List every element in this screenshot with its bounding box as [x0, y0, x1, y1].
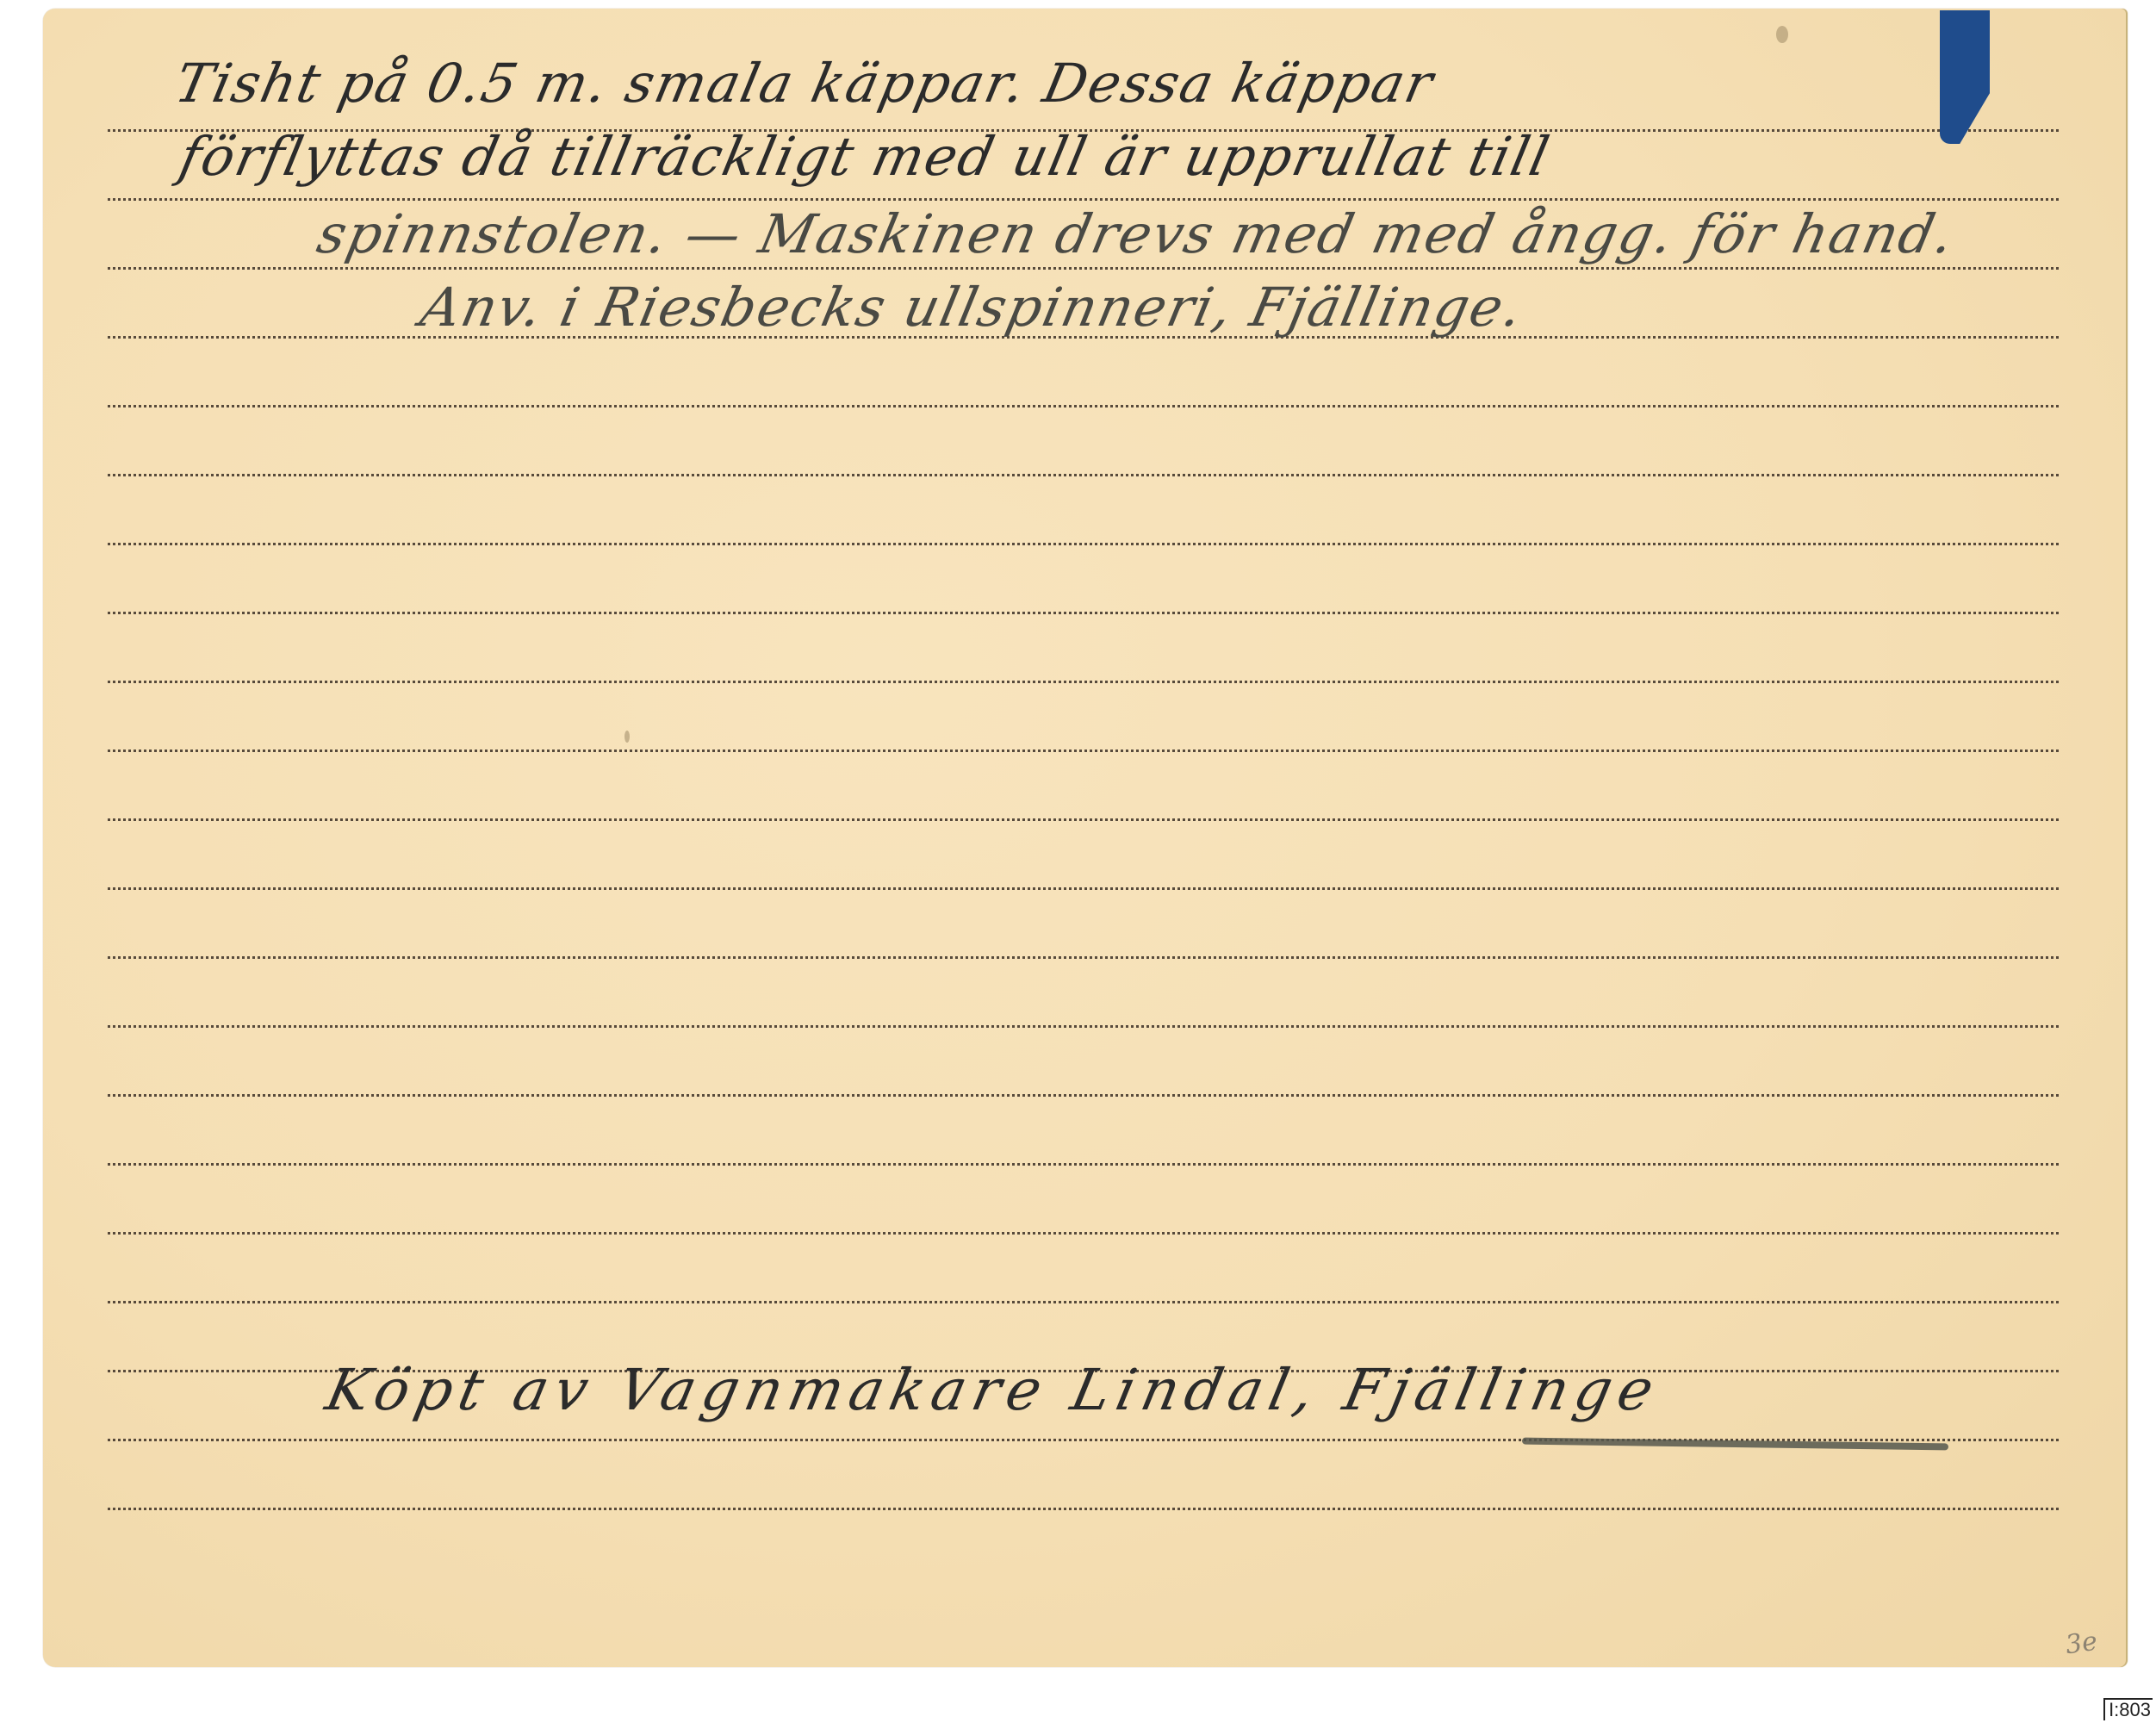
handwritten-line-1: Tisht på 0.5 m. smala käppar. Dessa käpp… — [170, 52, 1439, 115]
dotted-rule-line — [108, 405, 2059, 407]
dotted-rule-line — [108, 818, 2059, 821]
dotted-rule-line — [108, 1508, 2059, 1510]
dotted-rule-line — [108, 887, 2059, 890]
pencil-mark: 3e — [2064, 1627, 2099, 1661]
dotted-rule-line — [108, 1163, 2059, 1166]
dotted-rule-line — [108, 474, 2059, 476]
paper-stain — [624, 731, 630, 743]
dotted-rule-line — [108, 612, 2059, 614]
handwritten-line-2: förflyttas då tillräckligt med ull är up… — [174, 125, 1556, 188]
dotted-rule-line — [108, 956, 2059, 959]
dotted-rule-line — [108, 543, 2059, 545]
dotted-rule-line — [108, 1025, 2059, 1028]
dotted-rule-line — [108, 267, 2059, 270]
dotted-rule-line — [108, 1232, 2059, 1235]
paper-stain — [1776, 26, 1788, 43]
handwritten-line-3: spinnstolen. — Maskinen drevs med med ån… — [312, 202, 1960, 265]
dotted-rule-line — [108, 1301, 2059, 1303]
dotted-rule-line — [108, 750, 2059, 752]
handwritten-line-4: Anv. i Riesbecks ullspinneri, Fjällinge. — [415, 276, 1529, 339]
dotted-rule-line — [108, 198, 2059, 201]
catalog-number: I:803 — [2103, 1698, 2153, 1720]
dotted-rule-line — [108, 681, 2059, 683]
acquisition-note: Köpt av Vagnmakare Lindal, Fjällinge — [320, 1357, 1666, 1423]
dotted-rule-line — [108, 1094, 2059, 1097]
